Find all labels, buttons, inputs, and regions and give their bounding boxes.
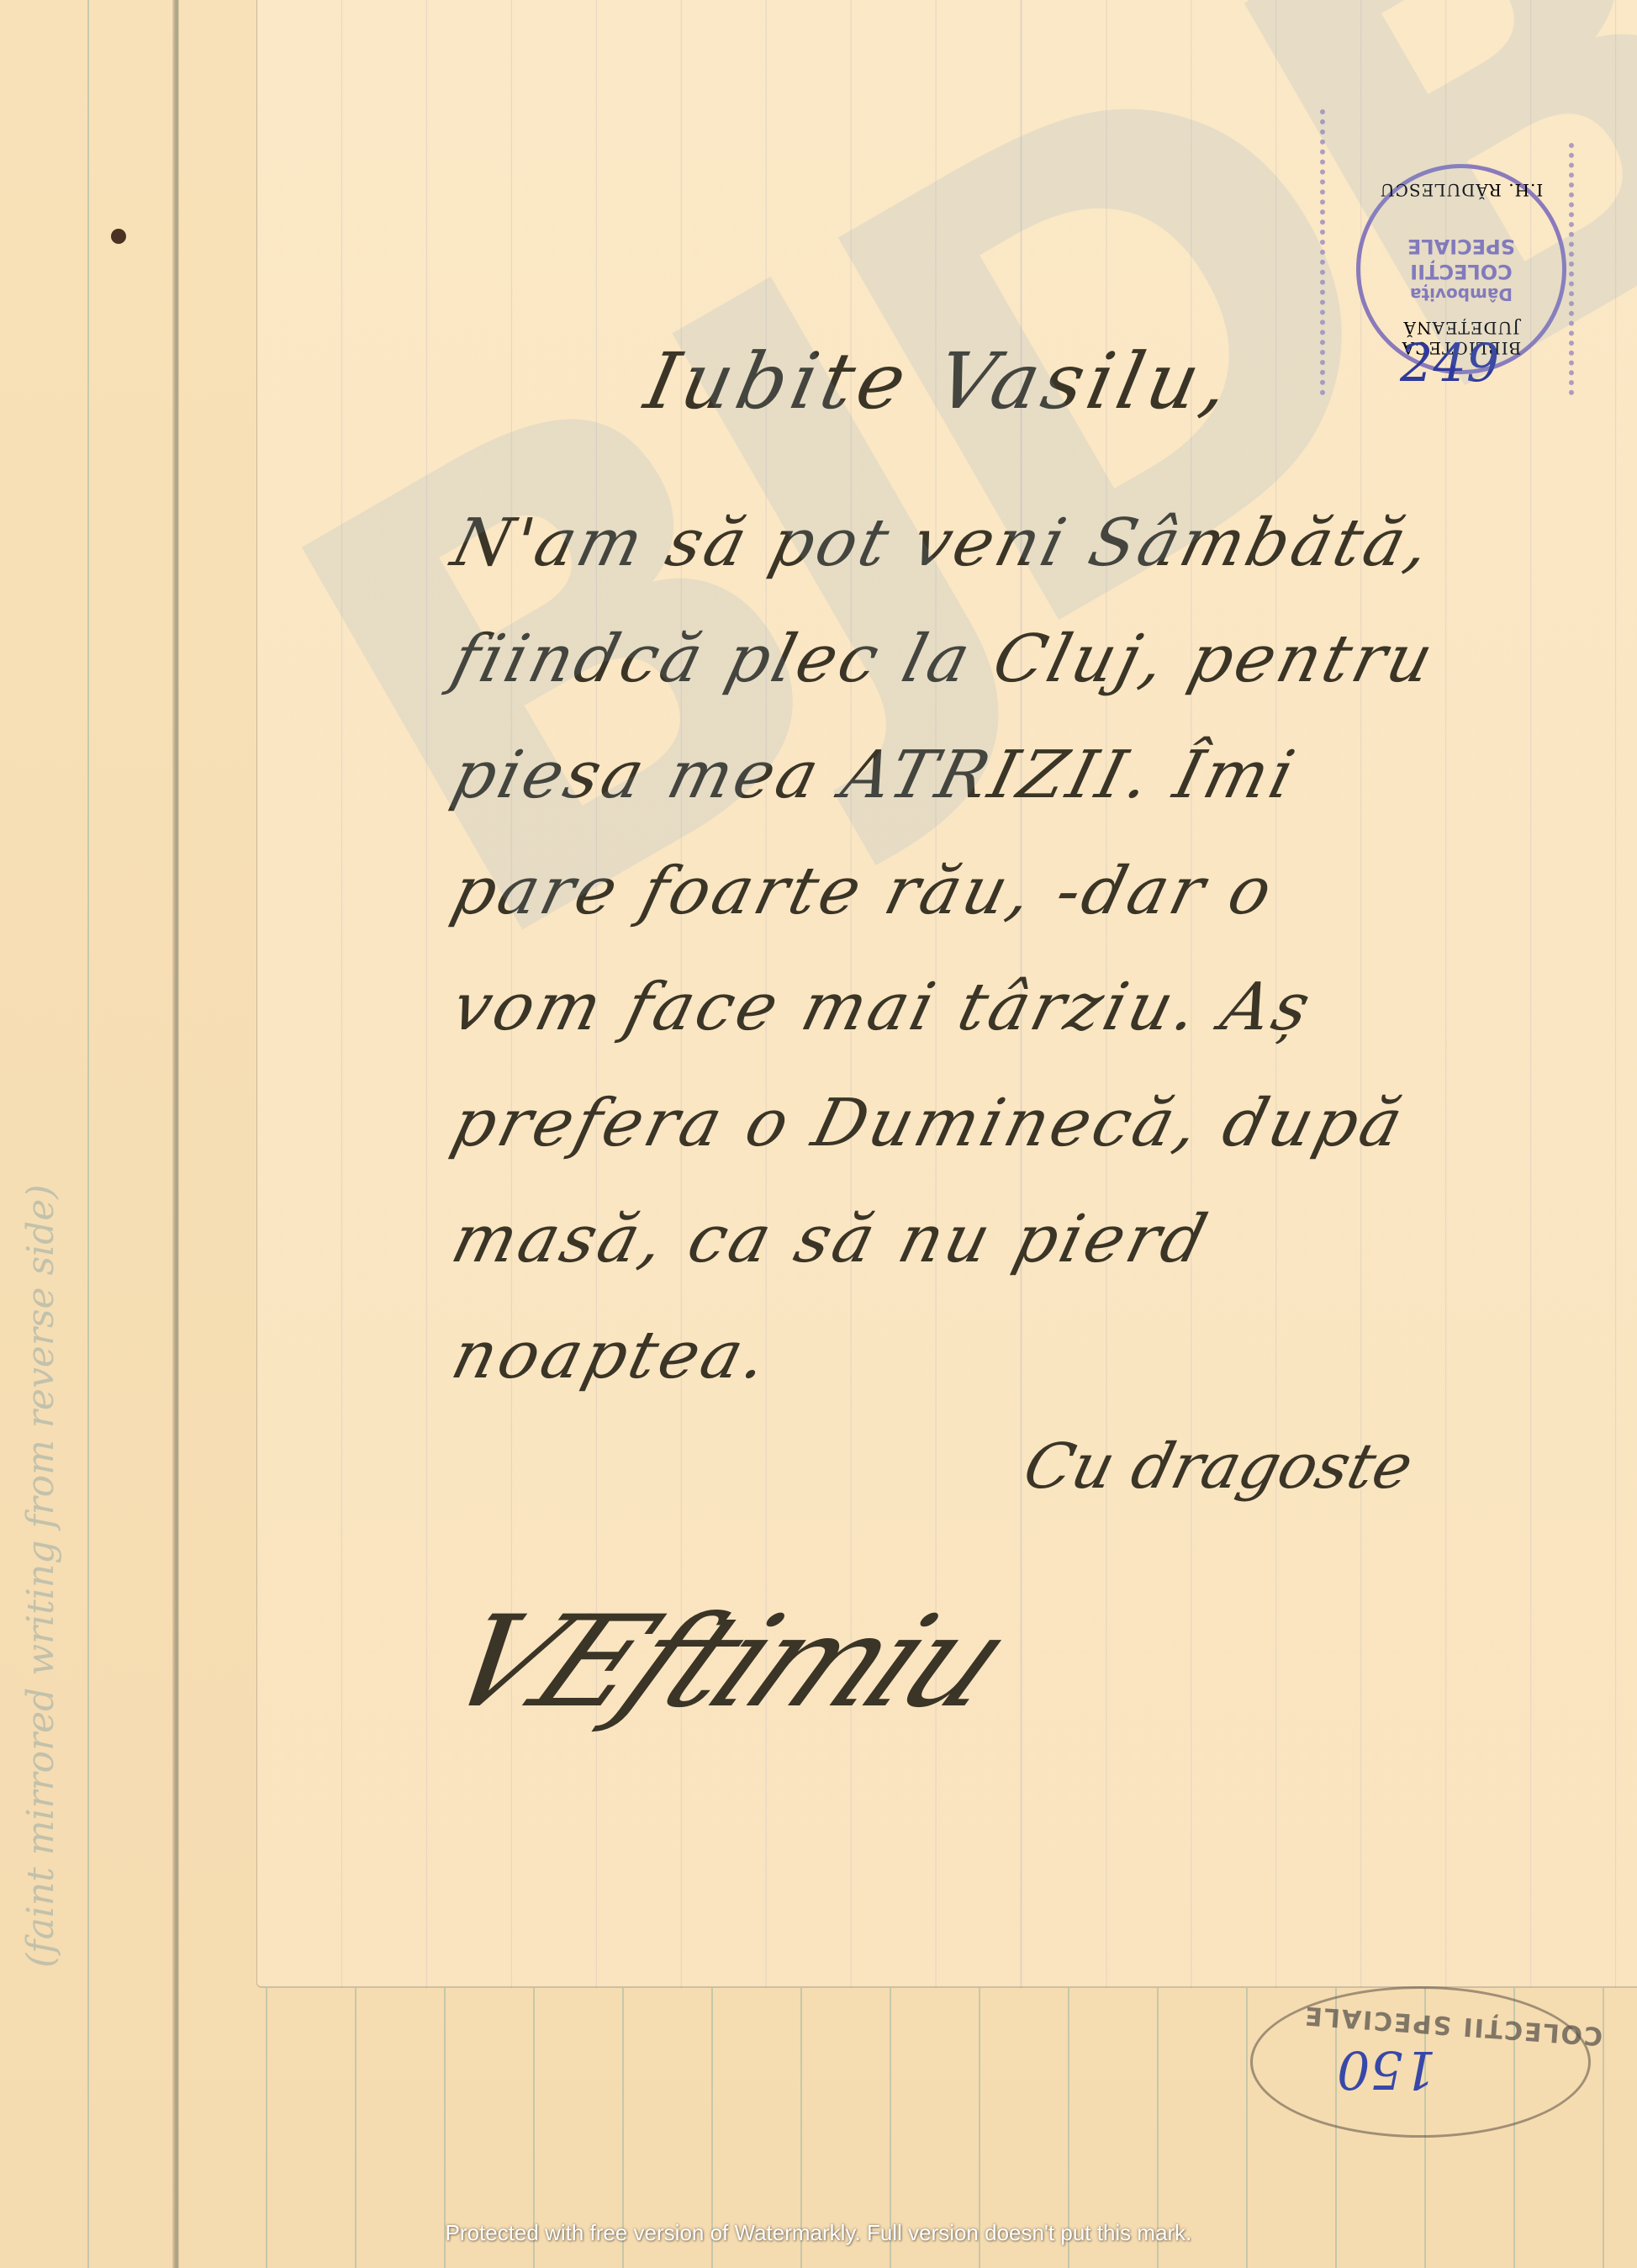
letter-line: fiindcă plec la Cluj, pentru xyxy=(440,601,1511,717)
letter-line: piesa mea ATRIZII. Îmi xyxy=(440,717,1511,833)
signature: VEftimiu xyxy=(420,1589,1031,1736)
letter-closing: Cu dragoste xyxy=(1017,1430,1505,1503)
letter-line: pare foarte rău, -dar o xyxy=(440,833,1511,949)
stamp-city: Dâmbovița xyxy=(1407,284,1515,304)
letter-body: Iubite Vasilu, N'am să pot veni Sâmbătă,… xyxy=(454,336,1497,1503)
letter-line: N'am să pot veni Sâmbătă, xyxy=(440,485,1511,601)
letter-greeting: Iubite Vasilu, xyxy=(638,336,1507,426)
letter-line: prefera o Duminecă, după xyxy=(440,1065,1511,1182)
inventory-number: 150 xyxy=(1337,2039,1436,2101)
stamp-center-line-1: COLECȚII xyxy=(1407,259,1515,284)
letter-line: masă, ca să nu pierd xyxy=(440,1182,1511,1298)
page-fold-edge xyxy=(172,0,179,2268)
letter-line: noaptea. xyxy=(440,1298,1511,1414)
stamp-center-line-2: SPECIALE xyxy=(1407,234,1515,259)
letter-line: vom face mai târziu. Aș xyxy=(440,949,1511,1065)
stamp-border-right xyxy=(1569,143,1574,395)
watermark-footer-text: Protected with free version of Watermark… xyxy=(0,2220,1637,2246)
bleed-through-writing: (faint mirrored writing from reverse sid… xyxy=(15,34,166,1968)
stamp-ring-bottom: I.H. RĂDULESCU xyxy=(1360,180,1562,200)
paper-hole xyxy=(111,229,126,244)
